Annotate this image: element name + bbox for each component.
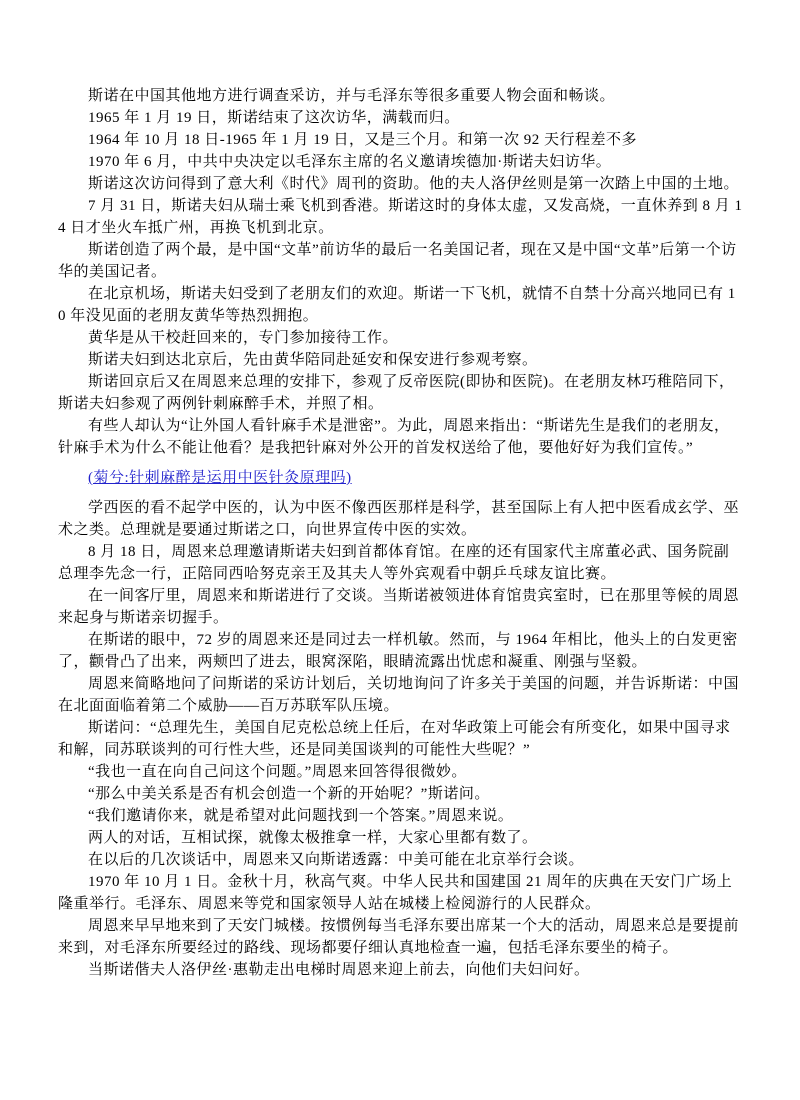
paragraph-4: 1970 年 6 月，中共中央决定以毛泽东主席的名义邀请埃德加·斯诺夫妇访华。 bbox=[58, 151, 743, 173]
paragraph-11: 斯诺回京后又在周恩来总理的安排下，参观了反帝医院(即协和医院)。在老朋友林巧稚陪… bbox=[58, 371, 743, 415]
paragraph-18: 周恩来简略地问了问斯诺的采访计划后，关切地询问了许多关于美国的问题，并告诉斯诺：… bbox=[58, 673, 743, 717]
paragraph-12: 有些人却认为“让外国人看针麻手术是泄密”。为此，周恩来指出：“斯诺先生是我们的老… bbox=[58, 415, 743, 459]
paragraph-16: 在一间客厅里，周恩来和斯诺进行了交谈。当斯诺被领进体育馆贵宾室时，已在那里等候的… bbox=[58, 585, 743, 629]
paragraph-1: 斯诺在中国其他地方进行调查采访，并与毛泽东等很多重要人物会面和畅谈。 bbox=[58, 85, 743, 107]
paragraph-14: 学西医的看不起学中医的，认为中医不像西医那样是科学，甚至国际上有人把中医看成玄学… bbox=[58, 497, 743, 541]
document-body: 斯诺在中国其他地方进行调查采访，并与毛泽东等很多重要人物会面和畅谈。1965 年… bbox=[58, 85, 743, 981]
paragraph-6: 7 月 31 日，斯诺夫妇从瑞士乘飞机到香港。斯诺这时的身体太虚，又发高烧，一直… bbox=[58, 195, 743, 239]
paragraph-17: 在斯诺的眼中，72 岁的周恩来还是同过去一样机敏。然而，与 1964 年相比，他… bbox=[58, 629, 743, 673]
paragraph-20: “我也一直在向自己问这个问题。”周恩来回答得很微妙。 bbox=[58, 761, 743, 783]
paragraph-19: 斯诺问：“总理先生，美国自尼克松总统上任后，在对华政策上可能会有所变化，如果中国… bbox=[58, 717, 743, 761]
paragraph-21: “那么中美关系是否有机会创造一个新的开始呢？”斯诺问。 bbox=[58, 783, 743, 805]
paragraph-3: 1964 年 10 月 18 日-1965 年 1 月 19 日，又是三个月。和… bbox=[58, 129, 743, 151]
paragraph-2: 1965 年 1 月 19 日，斯诺结束了这次访华，满载而归。 bbox=[58, 107, 743, 129]
paragraph-8: 在北京机场，斯诺夫妇受到了老朋友们的欢迎。斯诺一下飞机，就情不自禁十分高兴地同已… bbox=[58, 283, 743, 327]
paragraph-26: 周恩来早早地来到了天安门城楼。按惯例每当毛泽东要出席某一个大的活动，周恩来总是要… bbox=[58, 915, 743, 959]
paragraph-27: 当斯诺偕夫人洛伊丝·惠勒走出电梯时周恩来迎上前去，向他们夫妇问好。 bbox=[58, 959, 743, 981]
paragraph-15: 8 月 18 日，周恩来总理邀请斯诺夫妇到首都体育馆。在座的还有国家代主席董必武… bbox=[58, 541, 743, 585]
paragraph-23: 两人的对话，互相试探，就像太极推拿一样，大家心里都有数了。 bbox=[58, 827, 743, 849]
paragraph-5: 斯诺这次访问得到了意大利《时代》周刊的资助。他的夫人洛伊丝则是第一次踏上中国的土… bbox=[58, 173, 743, 195]
paragraph-7: 斯诺创造了两个最，是中国“文革”前访华的最后一名美国记者，现在又是中国“文革”后… bbox=[58, 239, 743, 283]
document-page: 斯诺在中国其他地方进行调查采访，并与毛泽东等很多重要人物会面和畅谈。1965 年… bbox=[0, 0, 800, 1100]
paragraph-9: 黄华是从干校赶回来的，专门参加接待工作。 bbox=[58, 327, 743, 349]
paragraph-22: “我们邀请你来，就是希望对此问题找到一个答案。”周恩来说。 bbox=[58, 805, 743, 827]
paragraph-24: 在以后的几次谈话中，周恩来又向斯诺透露：中美可能在北京举行会谈。 bbox=[58, 849, 743, 871]
annotation-link[interactable]: (菊兮:针刺麻醉是运用中医针灸原理吗) bbox=[58, 467, 743, 489]
paragraph-25: 1970 年 10 月 1 日。金秋十月，秋高气爽。中华人民共和国建国 21 周… bbox=[58, 871, 743, 915]
paragraph-10: 斯诺夫妇到达北京后，先由黄华陪同赴延安和保安进行参观考察。 bbox=[58, 349, 743, 371]
